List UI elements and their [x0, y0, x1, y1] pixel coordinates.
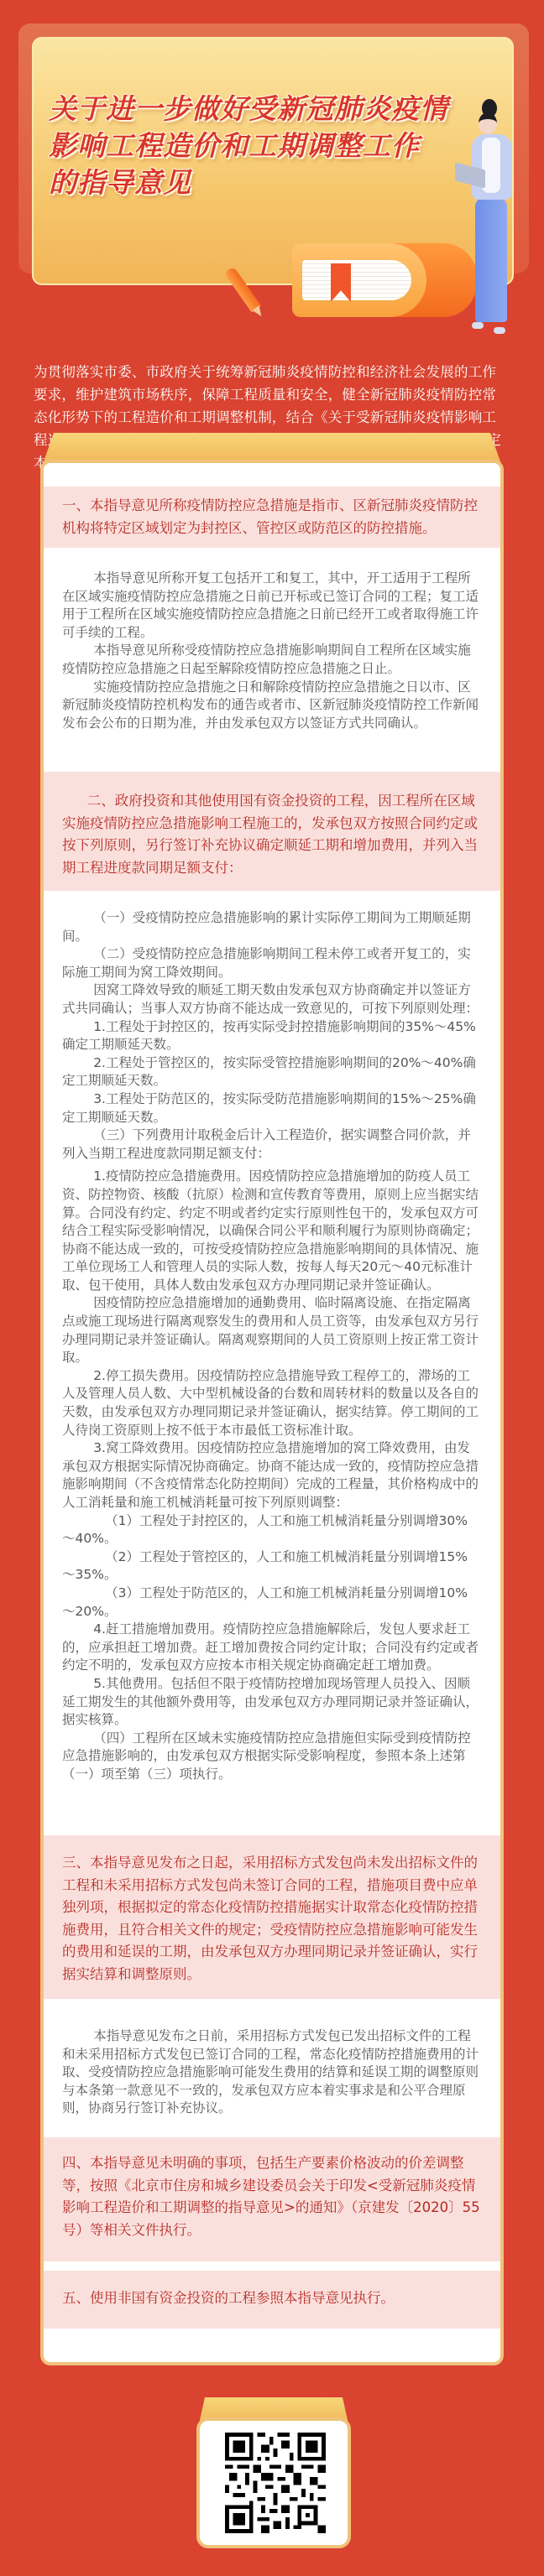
page-title: 关于进一步做好受新冠肺炎疫情 影响工程造价和工期调整工作 的指导意见: [49, 91, 468, 201]
paragraph: （一）受疫情防控应急措施影响的累计实际停工期间为工期顺延期间。: [62, 909, 480, 945]
paragraph: 实施疫情防控应急措施之日和解除疫情防控应急措施之日以市、区新冠肺炎疫情防控机构发…: [62, 679, 480, 733]
section-5: 五、使用非国有资金投资的工程参照本指导意见执行。: [44, 2271, 500, 2329]
content-card: 一、本指导意见所称疫情防控应急措施是指市、区新冠肺炎疫情防控机构将特定区域划定为…: [40, 460, 504, 2365]
paragraph: （2）工程处于管控区的，人工和施工机械消耗量分别调增15%～35%。: [62, 1548, 480, 1585]
paragraph: 本指导意见所称受疫情防控应急措施影响期间自工程所在区域实施疫情防控应急措施之日起…: [62, 642, 480, 678]
section-4-heading: 四、本指导意见未明确的事项，包括生产要素价格波动的价差调整等，按照《北京市住房和…: [44, 2137, 500, 2261]
paragraph: 本指导意见发布之日前，采用招标方式发包已发出招标文件的工程和未采用招标方式发包已…: [62, 2027, 480, 2118]
person-with-laptop-icon: [460, 99, 527, 342]
paragraph: （二）受疫情防控应急措施影响期间工程未停工或者开复工的，实际施工期间为窝工降效期…: [62, 945, 480, 981]
section-5-heading: 五、使用非国有资金投资的工程参照本指导意见执行。: [44, 2271, 500, 2329]
book-icon: [292, 243, 477, 317]
paragraph: 因疫情防控应急措施增加的通勤费用、临时隔离设施、在指定隔离点或施工现场进行隔离观…: [62, 1294, 480, 1366]
title-line-2: 影响工程造价和工期调整工作: [49, 127, 468, 164]
paragraph: 1.工程处于封控区的，按再实际受封控措施影响期间的35%～45%确定工期顺延天数…: [62, 1018, 480, 1054]
section-3-body: 本指导意见发布之日前，采用招标方式发包已发出招标文件的工程和未采用招标方式发包已…: [44, 1999, 500, 2118]
paragraph: 因窝工降效导致的顺延工期天数由发承包双方协商确定并以签证方式共同确认；当事人双方…: [62, 981, 480, 1017]
paragraph: 4.赶工措施增加费用。疫情防控应急措施解除后，发包人要求赶工的，应承担赶工增加费…: [62, 1621, 480, 1675]
section-2-body: （一）受疫情防控应急措施影响的累计实际停工期间为工期顺延期间。 （二）受疫情防控…: [44, 891, 500, 1784]
title-line-1: 关于进一步做好受新冠肺炎疫情: [49, 91, 468, 127]
qr-code-frame: [196, 2417, 351, 2548]
paragraph: 3.工程处于防范区的，按实际受防范措施影响期间的15%～25%确定工期顺延天数。: [62, 1090, 480, 1127]
section-2-heading: 二、政府投资和其他使用国有资金投资的工程，因工程所在区域实施疫情防控应急措施影响…: [44, 772, 500, 891]
section-3-heading: 三、本指导意见发布之日起，采用招标方式发包尚未发出招标文件的工程和未采用招标方式…: [44, 1835, 500, 1999]
paragraph: 2.停工损失费用。因疫情防控应急措施导致工程停工的，滞场的工人及管理人员人数、大…: [62, 1367, 480, 1439]
paragraph: 3.窝工降效费用。因疫情防控应急措施增加的窝工降效费用，由发承包双方根据实际情况…: [62, 1439, 480, 1512]
paragraph: （1）工程处于封控区的，人工和施工机械消耗量分别调增30%～40%。: [62, 1512, 480, 1548]
section-2: 二、政府投资和其他使用国有资金投资的工程，因工程所在区域实施疫情防控应急措施影响…: [44, 772, 500, 1784]
paragraph: 5.其他费用。包括但不限于疫情防控增加现场管理人员投入、因顺延工期发生的其他额外…: [62, 1675, 480, 1730]
paragraph: 本指导意见所称开复工包括开工和复工，其中，开工适用于工程所在区域实施疫情防控应急…: [62, 570, 480, 642]
section-1-body: 本指导意见所称开复工包括开工和复工，其中，开工适用于工程所在区域实施疫情防控应急…: [44, 548, 500, 732]
paragraph: 2.工程处于管控区的，按实际受管控措施影响期间的20%～40%确定工期顺延天数。: [62, 1054, 480, 1090]
paragraph: （四）工程所在区域未实施疫情防控应急措施但实际受到疫情防控应急措施影响的，由发承…: [62, 1730, 480, 1784]
section-1-heading: 一、本指导意见所称疫情防控应急措施是指市、区新冠肺炎疫情防控机构将特定区域划定为…: [44, 487, 500, 548]
section-4: 四、本指导意见未明确的事项，包括生产要素价格波动的价差调整等，按照《北京市住房和…: [44, 2137, 500, 2261]
paragraph: 1.疫情防控应急措施费用。因疫情防控应急措施增加的防疫人员工资、防控物资、核酸（…: [62, 1168, 480, 1294]
section-3: 三、本指导意见发布之日起，采用招标方式发包尚未发出招标文件的工程和未采用招标方式…: [44, 1835, 500, 2118]
section-1: 一、本指导意见所称疫情防控应急措施是指市、区新冠肺炎疫情防控机构将特定区域划定为…: [44, 487, 500, 732]
qr-code-icon[interactable]: [224, 2433, 327, 2533]
paragraph: （三）下列费用计取税金后计入工程造价，据实调整合同价款，并列入当期工程进度款同期…: [62, 1127, 480, 1163]
paragraph: （3）工程处于防范区的，人工和施工机械消耗量分别调增10%～20%。: [62, 1585, 480, 1621]
title-line-3: 的指导意见: [49, 164, 468, 201]
